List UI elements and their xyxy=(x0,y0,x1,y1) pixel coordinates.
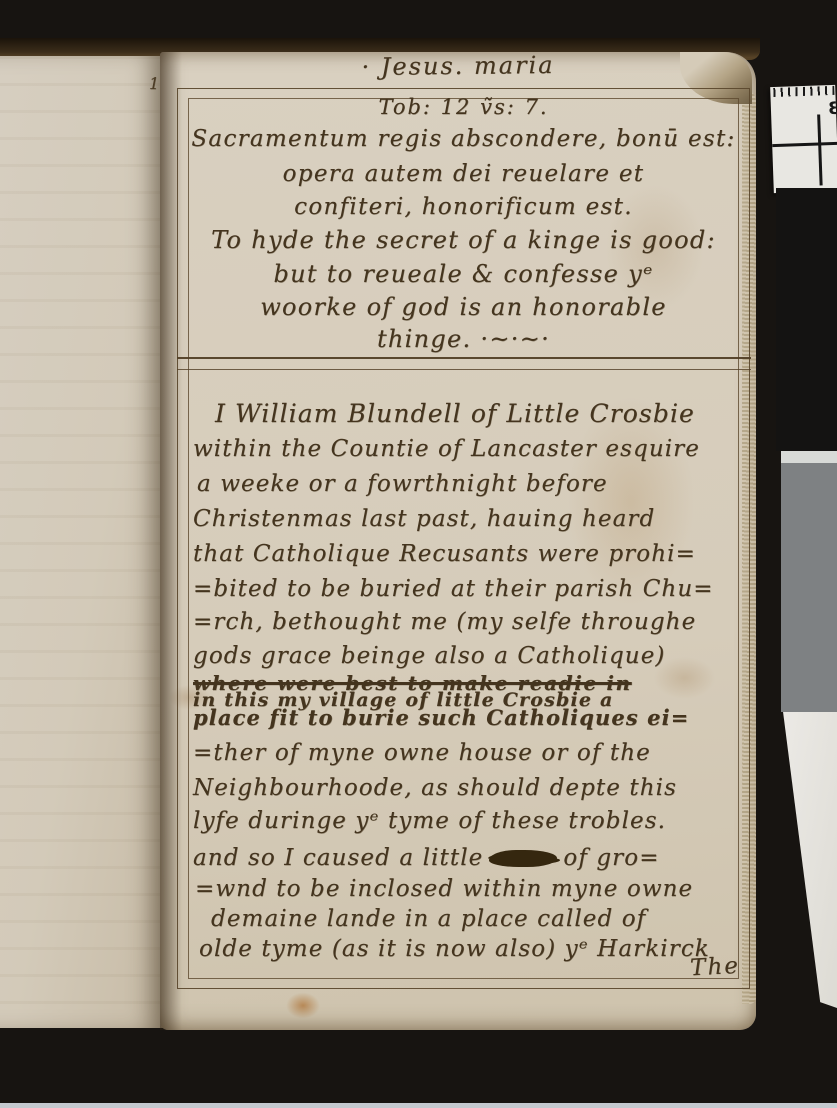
manuscript-line: Christenmas last past, hauing heard xyxy=(193,506,749,532)
english-quote-line: thinge. ·~·~· xyxy=(177,325,750,353)
crosshair-icon xyxy=(817,114,822,185)
scripture-reference: Tob: 12 ṽs: 7. xyxy=(177,95,750,119)
latin-quote-line: confiteri, honorificum est. xyxy=(177,194,750,220)
ruler-ticks-icon xyxy=(773,86,834,97)
line-text-after-blot: of gro= xyxy=(563,845,659,871)
calibration-digit: 3 xyxy=(828,99,837,119)
crosshair-icon xyxy=(772,142,837,147)
manuscript-line: I William Blundell of Little Crosbie xyxy=(193,399,771,428)
latin-quote-line: Sacramentum regis abscondere, bonū est: xyxy=(177,126,750,152)
manuscript-line: within the Countie of Lancaster esquire xyxy=(193,436,749,462)
english-quote-line: woorke of god is an honorable xyxy=(177,293,750,321)
folio-number: 1 xyxy=(149,74,159,93)
section-divider-inner xyxy=(177,369,751,370)
black-calibration-patch xyxy=(776,188,837,451)
manuscript-line: =rch, bethought me (my selfe throughe xyxy=(193,609,749,635)
ink-blot xyxy=(489,850,557,867)
latin-quote-line: opera autem dei reuelare et xyxy=(177,161,750,187)
manuscript-line-with-blot: and so I caused a littleof gro= xyxy=(193,845,749,871)
line-text-before-blot: and so I caused a little xyxy=(193,845,483,871)
manuscript-photo: · Jesus. maria 1 Tob: 12 ṽs: 7. Sacramen… xyxy=(0,0,837,1108)
facing-page xyxy=(0,56,163,1028)
white-calibration-sliver xyxy=(781,451,837,463)
grayscale-patch xyxy=(781,463,837,712)
manuscript-line: demaine lande in a place called of xyxy=(193,906,767,932)
manuscript-line: =wnd to be inclosed within myne owne xyxy=(193,876,751,902)
manuscript-line: Neighbourhoode, as should depte this xyxy=(193,775,749,801)
section-divider xyxy=(177,357,751,359)
manuscript-line: place fit to burie such Catholiques ei= xyxy=(193,705,749,730)
manuscript-line: lyfe duringe yᵉ tyme of these trobles. xyxy=(193,808,749,834)
english-quote-line: but to reueale & confesse yᵉ xyxy=(177,260,750,288)
bottom-table-edge xyxy=(0,1103,837,1108)
manuscript-line: =ther of myne owne house or of the xyxy=(193,740,749,766)
manuscript-line: gods grace beinge also a Catholique) xyxy=(193,643,749,669)
manuscript-line: that Catholique Recusants were prohi= xyxy=(193,541,749,567)
white-card xyxy=(779,712,837,1008)
english-quote-line: To hyde the secret of a kinge is good: xyxy=(177,226,750,254)
manuscript-line: =bited to be buried at their parish Chu= xyxy=(193,576,749,602)
calibration-ruler-card: 3 xyxy=(770,85,837,193)
manuscript-line: a weeke or a fowrthnight before xyxy=(193,471,753,497)
